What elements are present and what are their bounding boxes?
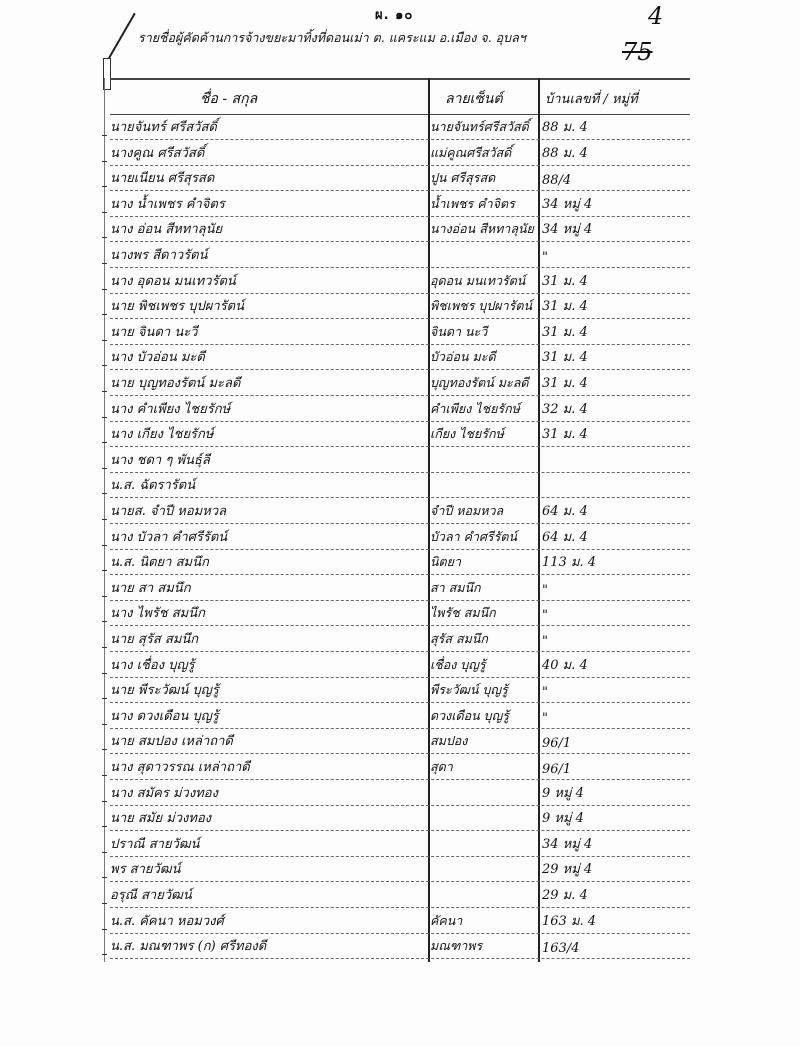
table-row: นางพร สีดาวรัตน์" xyxy=(110,244,690,268)
house-number-cell: " xyxy=(542,250,548,265)
table-row: น.ส. ฉัตรารัตน์ xyxy=(110,474,690,498)
signature-cell: ปูน ศรีสุรสด xyxy=(430,168,495,188)
signature-cell: สุดา xyxy=(430,757,453,777)
table-row: อรุณี สายวัฒน์29 ม. 4 xyxy=(110,884,690,908)
margin-tick xyxy=(102,340,107,341)
table-row: นาย บุญทองรัตน์ มะลดีบุญทองรัตน์ มะลดี31… xyxy=(110,372,690,396)
house-number-cell: 31 ม. 4 xyxy=(542,372,588,393)
margin-tick xyxy=(102,135,107,136)
signature-cell: จินดา นะวี xyxy=(430,322,487,342)
row-rule xyxy=(110,190,690,191)
margin-tick xyxy=(102,801,107,802)
table-row: ปราณี สายวัฒน์34 หมู่ 4 xyxy=(110,833,690,857)
table-row: นาย สุรัส สมนึกสุรัส สมนึก" xyxy=(110,628,690,652)
margin-tick xyxy=(102,263,107,264)
margin-tick xyxy=(102,775,107,776)
table-row: นางคูณ ศรีสวัสดิ์แม่คูณศรีสวัสดิ์88 ม. 4 xyxy=(110,142,690,166)
row-rule xyxy=(110,958,690,959)
name-cell: นาง น้ำเพชร คำจิตร xyxy=(110,193,225,214)
table-row: นายส. จำปี หอมหวลจำปี หอมหวล64 ม. 4 xyxy=(110,500,690,524)
signature-cell: สา สมนึก xyxy=(430,578,481,598)
house-number-cell: 34 หมู่ 4 xyxy=(542,833,592,854)
page-number: 4 xyxy=(648,2,663,30)
name-cell: นาย บุญทองรัตน์ มะลดี xyxy=(110,372,240,393)
margin-tick xyxy=(102,621,107,622)
signature-cell: ดวงเดือน บุญรู้ xyxy=(430,706,509,726)
margin-tick xyxy=(102,391,107,392)
table-row: นาง น้ำเพชร คำจิตรน้ำเพชร คำจิตร34 หมู่ … xyxy=(110,193,690,217)
name-cell: นายส. จำปี หอมหวล xyxy=(110,500,226,521)
row-rule xyxy=(110,651,690,652)
table-row: นาง เกียง ไชยรักษ์เกียง ไชยรักษ์31 ม. 4 xyxy=(110,423,690,447)
form-code: ผ. ๑๐ xyxy=(375,4,413,25)
house-number-cell: 31 ม. 4 xyxy=(542,321,588,342)
header-bottom-border xyxy=(110,114,690,115)
table-row: นายจันทร์ ศรีสวัสดิ์นายจันทร์ศรีสวัสดิ์8… xyxy=(110,116,690,140)
house-number-cell: 31 ม. 4 xyxy=(542,423,588,444)
row-rule xyxy=(110,753,690,754)
margin-tick xyxy=(102,877,107,878)
signature-cell: ไพรัช สมนึก xyxy=(430,603,496,623)
margin-tick xyxy=(102,929,107,930)
margin-tick xyxy=(102,493,107,494)
signature-cell: สมปอง xyxy=(430,731,467,751)
row-rule xyxy=(110,421,690,422)
signature-cell: บัวลา คำศรีรัตน์ xyxy=(430,527,517,547)
margin-tick xyxy=(102,161,107,162)
name-cell: นาง อุดอน มนเทวรัตน์ xyxy=(110,270,236,291)
name-cell: นาย จินดา นะวี xyxy=(110,321,197,342)
margin-tick xyxy=(102,519,107,520)
name-cell: อรุณี สายวัฒน์ xyxy=(110,884,192,905)
signature-cell: คำเพียง ไชยรักษ์ xyxy=(430,399,520,419)
table-row: นาย สมปอง เหล่าถาดีสมปอง96/1 xyxy=(110,730,690,754)
name-cell: นาย สมัย ม่วงทอง xyxy=(110,807,211,828)
table-row: นาย สา สมนึกสา สมนึก" xyxy=(110,577,690,601)
margin-tick xyxy=(102,954,107,955)
row-rule xyxy=(110,497,690,498)
margin-tick xyxy=(102,826,107,827)
name-cell: นาง ดวงเดือน บุญรู้ xyxy=(110,705,219,726)
house-number-cell: 113 ม. 4 xyxy=(542,551,596,572)
name-cell: นาง อ่อน สีหทาลุนัย xyxy=(110,218,222,239)
margin-tick xyxy=(102,673,107,674)
house-number-cell: 34 หมู่ 4 xyxy=(542,218,592,239)
table-row: นาง ดวงเดือน บุญรู้ดวงเดือน บุญรู้" xyxy=(110,705,690,729)
name-cell: พร สายวัฒน์ xyxy=(110,858,180,879)
name-cell: นาง ชดา ๆ พันธุ์ลี xyxy=(110,449,210,470)
house-number-cell: 88 ม. 4 xyxy=(542,142,588,163)
house-number-cell: 29 หมู่ 4 xyxy=(542,858,592,879)
signature-cell: พิชเพชร บุปผารัตน์ xyxy=(430,296,532,316)
signature-cell: คัคนา xyxy=(430,911,462,931)
house-number-cell: 88 ม. 4 xyxy=(542,116,588,137)
margin-tick xyxy=(102,545,107,546)
house-number-cell: " xyxy=(542,711,548,726)
row-rule xyxy=(110,625,690,626)
signature-cell: เชื่อง บุญรู้ xyxy=(430,655,486,675)
house-number-cell: 32 ม. 4 xyxy=(542,398,588,419)
row-rule xyxy=(110,728,690,729)
margin-tick xyxy=(102,570,107,571)
row-rule xyxy=(110,241,690,242)
name-cell: นาย สุรัส สมนึก xyxy=(110,628,198,649)
house-number-cell: 31 ม. 4 xyxy=(542,346,588,367)
row-rule xyxy=(110,830,690,831)
name-cell: น.ส. ฉัตรารัตน์ xyxy=(110,474,195,495)
name-cell: นาง สุดาวรรณ เหล่าถาดี xyxy=(110,756,250,777)
name-cell: นาย พิชเพชร บุปผารัตน์ xyxy=(110,295,244,316)
row-rule xyxy=(110,933,690,934)
house-number-cell: 64 ม. 4 xyxy=(542,526,588,547)
margin-tick xyxy=(102,749,107,750)
name-cell: นาง สมัคร ม่วงทอง xyxy=(110,782,218,803)
row-rule xyxy=(110,446,690,447)
signature-cell: นางอ่อน สีหทาลุนัย xyxy=(430,219,534,239)
left-margin-line xyxy=(104,78,105,962)
signature-cell: น้ำเพชร คำจิตร xyxy=(430,194,515,214)
margin-tick xyxy=(102,212,107,213)
margin-tick xyxy=(102,596,107,597)
row-rule xyxy=(110,779,690,780)
row-rule xyxy=(110,856,690,857)
table-row: นาง ชดา ๆ พันธุ์ลี xyxy=(110,449,690,473)
house-number-cell: " xyxy=(542,583,548,598)
name-cell: นาย สา สมนึก xyxy=(110,577,191,598)
house-number-cell: " xyxy=(542,608,548,623)
signature-cell: พีระวัฒน์ บุญรู้ xyxy=(430,680,508,700)
signature-cell: นิตยา xyxy=(430,552,461,572)
signature-cell: บัวอ่อน มะดี xyxy=(430,347,496,367)
name-cell: นาง บัวอ่อน มะดี xyxy=(110,346,205,367)
signature-cell: อุดอน มนเทวรัตน์ xyxy=(430,271,525,291)
table-row: นาย พีระวัฒน์ บุญรู้พีระวัฒน์ บุญรู้" xyxy=(110,679,690,703)
row-rule xyxy=(110,907,690,908)
table-top-border xyxy=(110,78,690,80)
name-cell: นายจันทร์ ศรีสวัสดิ์ xyxy=(110,116,217,137)
table-row: นาย สมัย ม่วงทอง9 หมู่ 4 xyxy=(110,807,690,831)
name-cell: นาง เชื่อง บุญรู้ xyxy=(110,654,195,675)
name-cell: น.ส. นิตยา สมนึก xyxy=(110,551,209,572)
margin-tick xyxy=(102,468,107,469)
row-rule xyxy=(110,139,690,140)
signature-cell: บุญทองรัตน์ มะลดี xyxy=(430,373,529,393)
row-rule xyxy=(110,702,690,703)
house-number-cell: 163 ม. 4 xyxy=(542,910,596,931)
row-rule xyxy=(110,881,690,882)
row-rule xyxy=(110,549,690,550)
table-row: น.ส. มณฑาพร (ก) ศรีทองดีมณฑาพร163/4 xyxy=(110,935,690,959)
table-row: นาง อ่อน สีหทาลุนัยนางอ่อน สีหทาลุนัย34 … xyxy=(110,218,690,242)
margin-tick xyxy=(102,365,107,366)
name-cell: นาย สมปอง เหล่าถาดี xyxy=(110,730,233,751)
table-row: นาง เชื่อง บุญรู้เชื่อง บุญรู้40 ม. 4 xyxy=(110,654,690,678)
row-rule xyxy=(110,574,690,575)
margin-tick xyxy=(102,852,107,853)
table-row: นาง ไพรัช สมนึกไพรัช สมนึก" xyxy=(110,602,690,626)
name-cell: นาง บัวลา คำศรีรัตน์ xyxy=(110,526,227,547)
document-title: รายชื่อผู้คัดค้านการจ้างขยะมาทิ้งที่ดอนเ… xyxy=(138,28,526,48)
signature-cell: สุรัส สมนึก xyxy=(430,629,488,649)
house-number-cell: 31 ม. 4 xyxy=(542,295,588,316)
name-cell: น.ส. คัคนา หอมวงศ์ xyxy=(110,910,224,931)
sheet-number: 75 xyxy=(622,38,653,66)
table-row: นาง อุดอน มนเทวรัตน์อุดอน มนเทวรัตน์31 ม… xyxy=(110,270,690,294)
name-cell: นายเนียน ศรีสุรสด xyxy=(110,167,214,188)
house-number-cell: 88/4 xyxy=(542,173,571,188)
house-number-cell: " xyxy=(542,634,548,649)
table-row: น.ส. นิตยา สมนึกนิตยา113 ม. 4 xyxy=(110,551,690,575)
name-cell: ปราณี สายวัฒน์ xyxy=(110,833,200,854)
house-number-cell: 31 ม. 4 xyxy=(542,270,588,291)
margin-tick xyxy=(102,724,107,725)
name-cell: นางพร สีดาวรัตน์ xyxy=(110,244,208,265)
row-rule xyxy=(110,293,690,294)
signature-cell: เกียง ไชยรักษ์ xyxy=(430,424,504,444)
table-row: นายเนียน ศรีสุรสดปูน ศรีสุรสด88/4 xyxy=(110,167,690,191)
row-rule xyxy=(110,677,690,678)
name-cell: นาย พีระวัฒน์ บุญรู้ xyxy=(110,679,219,700)
margin-tick xyxy=(102,903,107,904)
name-cell: นางคูณ ศรีสวัสดิ์ xyxy=(110,142,204,163)
row-rule xyxy=(110,600,690,601)
house-number-cell: 96/1 xyxy=(542,762,571,777)
row-rule xyxy=(110,395,690,396)
header-signature: ลายเซ็นต์ xyxy=(445,88,503,110)
table-row: น.ส. คัคนา หอมวงศ์คัคนา163 ม. 4 xyxy=(110,910,690,934)
table-row: นาย พิชเพชร บุปผารัตน์พิชเพชร บุปผารัตน์… xyxy=(110,295,690,319)
signature-cell: จำปี หอมหวล xyxy=(430,501,503,521)
row-rule xyxy=(110,472,690,473)
margin-tick xyxy=(102,647,107,648)
house-number-cell: 34 หมู่ 4 xyxy=(542,193,592,214)
row-rule xyxy=(110,318,690,319)
row-rule xyxy=(110,369,690,370)
house-number-cell: " xyxy=(542,685,548,700)
row-rule xyxy=(110,165,690,166)
margin-tick xyxy=(102,289,107,290)
signature-cell: นายจันทร์ศรีสวัสดิ์ xyxy=(430,117,529,137)
header-house: บ้านเลขที่ / หมู่ที่ xyxy=(545,88,638,109)
margin-tick xyxy=(102,442,107,443)
row-rule xyxy=(110,344,690,345)
signature-cell: แม่คูณศรีสวัสดิ์ xyxy=(430,143,511,163)
row-rule xyxy=(110,805,690,806)
corner-fold-line xyxy=(105,13,136,64)
margin-tick xyxy=(102,314,107,315)
table-row: นาง สมัคร ม่วงทอง9 หมู่ 4 xyxy=(110,782,690,806)
house-number-cell: 64 ม. 4 xyxy=(542,500,588,521)
name-cell: นาง คำเพียง ไชยรักษ์ xyxy=(110,398,230,419)
row-rule xyxy=(110,267,690,268)
name-cell: นาง ไพรัช สมนึก xyxy=(110,602,205,623)
table-row: นาง คำเพียง ไชยรักษ์คำเพียง ไชยรักษ์32 ม… xyxy=(110,398,690,422)
house-number-cell: 9 หมู่ 4 xyxy=(542,782,584,803)
signature-cell: มณฑาพร xyxy=(430,936,482,956)
name-cell: น.ส. มณฑาพร (ก) ศรีทองดี xyxy=(110,935,266,956)
house-number-cell: 96/1 xyxy=(542,736,571,751)
table-row: พร สายวัฒน์29 หมู่ 4 xyxy=(110,858,690,882)
table-row: นาง บัวอ่อน มะดีบัวอ่อน มะดี31 ม. 4 xyxy=(110,346,690,370)
row-rule xyxy=(110,216,690,217)
table-row: นาง สุดาวรรณ เหล่าถาดีสุดา96/1 xyxy=(110,756,690,780)
house-number-cell: 9 หมู่ 4 xyxy=(542,807,584,828)
margin-tick xyxy=(102,186,107,187)
margin-tick xyxy=(102,237,107,238)
table-row: นาง บัวลา คำศรีรัตน์บัวลา คำศรีรัตน์64 ม… xyxy=(110,526,690,550)
name-cell: นาง เกียง ไชยรักษ์ xyxy=(110,423,213,444)
house-number-cell: 29 ม. 4 xyxy=(542,884,588,905)
header-name: ชื่อ - สกุล xyxy=(200,88,257,110)
margin-tick xyxy=(102,417,107,418)
margin-tick xyxy=(102,698,107,699)
house-number-cell: 40 ม. 4 xyxy=(542,654,588,675)
row-rule xyxy=(110,523,690,524)
house-number-cell: 163/4 xyxy=(542,941,579,956)
table-row: นาย จินดา นะวีจินดา นะวี31 ม. 4 xyxy=(110,321,690,345)
